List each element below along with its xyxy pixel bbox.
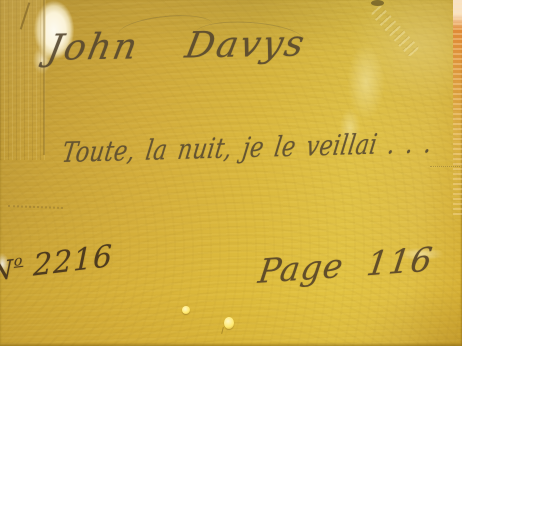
- embossed-stamp-mark: [370, 5, 419, 57]
- inscription-owner-name: John Davys: [44, 23, 309, 69]
- number-superscript: o: [14, 253, 24, 270]
- photo-right-edge-orange-fringe: [453, 0, 462, 215]
- number-prefix: N: [0, 255, 14, 288]
- inscription-catalog-number: No2216: [0, 239, 113, 289]
- screenshot-canvas: John Davys Toute, la nuit, je le veillai…: [0, 0, 540, 505]
- faint-tick-marks: [430, 166, 460, 167]
- inscription-french-phrase: Toute, la nuit, je le veillai . . .: [60, 126, 434, 169]
- paint-speck: [224, 317, 234, 329]
- photograph-golden-panel: John Davys Toute, la nuit, je le veillai…: [0, 0, 462, 346]
- paint-speck: [182, 306, 190, 314]
- number-value: 2216: [33, 239, 113, 284]
- paint-speck-tail: [221, 327, 224, 334]
- grain-boundary-line: [43, 0, 45, 155]
- faint-dash-marks: [8, 205, 63, 209]
- top-edge-dark-spot: [371, 0, 384, 6]
- inscription-page-number: Page 116: [256, 239, 436, 291]
